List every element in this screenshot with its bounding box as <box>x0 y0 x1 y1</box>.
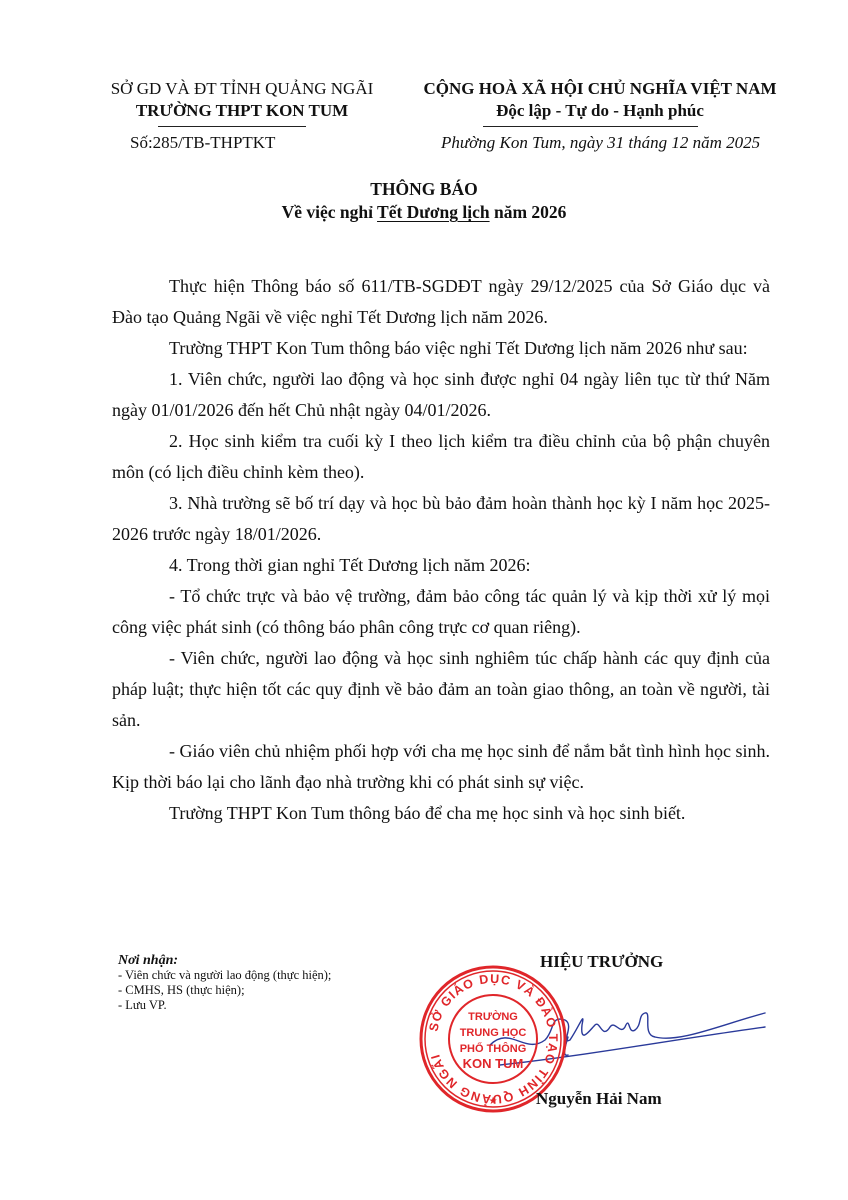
paragraph: 2. Học sinh kiểm tra cuối kỳ I theo lịch… <box>112 426 770 488</box>
stamp-line: TRUNG HỌC <box>460 1027 527 1039</box>
national-block: CỘNG HOÀ XÃ HỘI CHỦ NGHĨA VIỆT NAM Độc l… <box>400 78 800 122</box>
place-date: Phường Kon Tum, ngày 31 tháng 12 năm 202… <box>441 133 760 153</box>
title-heading: THÔNG BÁO <box>0 178 848 201</box>
paragraph: Thực hiện Thông báo số 611/TB-SGDĐT ngày… <box>112 271 770 333</box>
recipients-block: Nơi nhận: - Viên chức và người lao động … <box>118 953 331 1013</box>
paragraph: Trường THPT Kon Tum thông báo việc nghỉ … <box>112 333 770 364</box>
recipients-heading: Nơi nhận: <box>118 953 331 968</box>
agency-name: SỞ GD VÀ ĐT TỈNH QUẢNG NGÃI <box>92 78 392 100</box>
national-motto: Độc lập - Tự do - Hạnh phúc <box>400 100 800 122</box>
recipient-item: - CMHS, HS (thực hiện); <box>118 983 331 998</box>
school-name: TRƯỜNG THPT KON TUM <box>92 100 392 122</box>
subject-prefix: Về việc nghỉ <box>282 202 377 222</box>
paragraph: 1. Viên chức, người lao động và học sinh… <box>112 364 770 426</box>
svg-text:SỞ GIÁO DỤC VÀ ĐÀO TẠO TỈNH QU: SỞ GIÁO DỤC VÀ ĐÀO TẠO TỈNH QUẢNG NGÃI <box>426 972 560 1107</box>
stamp-line: PHỔ THÔNG <box>460 1042 527 1055</box>
paragraph: - Giáo viên chủ nhiệm phối hợp với cha m… <box>112 736 770 798</box>
paragraph: - Viên chức, người lao động và học sinh … <box>112 643 770 736</box>
paragraph: - Tổ chức trực và bảo vệ trường, đảm bảo… <box>112 581 770 643</box>
subject-suffix: năm 2026 <box>490 202 567 222</box>
paragraph: 3. Nhà trường sẽ bố trí dạy và học bù bả… <box>112 488 770 550</box>
paragraph: 4. Trong thời gian nghỉ Tết Dương lịch n… <box>112 550 770 581</box>
signer-name: Nguyễn Hải Nam <box>536 1089 662 1109</box>
issuer-block: SỞ GD VÀ ĐT TỈNH QUẢNG NGÃI TRƯỜNG THPT … <box>92 78 392 122</box>
stamp-line: TRƯỜNG <box>468 1010 518 1023</box>
recipient-item: - Viên chức và người lao động (thực hiện… <box>118 968 331 983</box>
paragraph: Trường THPT Kon Tum thông báo để cha mẹ … <box>112 798 770 829</box>
document-body: Thực hiện Thông báo số 611/TB-SGDĐT ngày… <box>112 271 770 829</box>
stamp-star-icon: ★ <box>489 1096 498 1107</box>
reference-number: Số:285/TB-THPTKT <box>130 133 275 153</box>
title-subject: Về việc nghỉ Tết Dương lịch năm 2026 <box>0 201 848 224</box>
stamp-line: KON TUM <box>463 1056 524 1071</box>
stamp-ring-text: SỞ GIÁO DỤC VÀ ĐÀO TẠO TỈNH QUẢNG NGÃI <box>426 972 560 1107</box>
subject-underlined: Tết Dương lịch <box>377 202 490 222</box>
divider-right <box>483 126 698 127</box>
nation-name: CỘNG HOÀ XÃ HỘI CHỦ NGHĨA VIỆT NAM <box>400 78 800 100</box>
divider-left <box>158 126 306 127</box>
recipient-item: - Lưu VP. <box>118 998 331 1013</box>
document-title: THÔNG BÁO Về việc nghỉ Tết Dương lịch nă… <box>0 178 848 224</box>
